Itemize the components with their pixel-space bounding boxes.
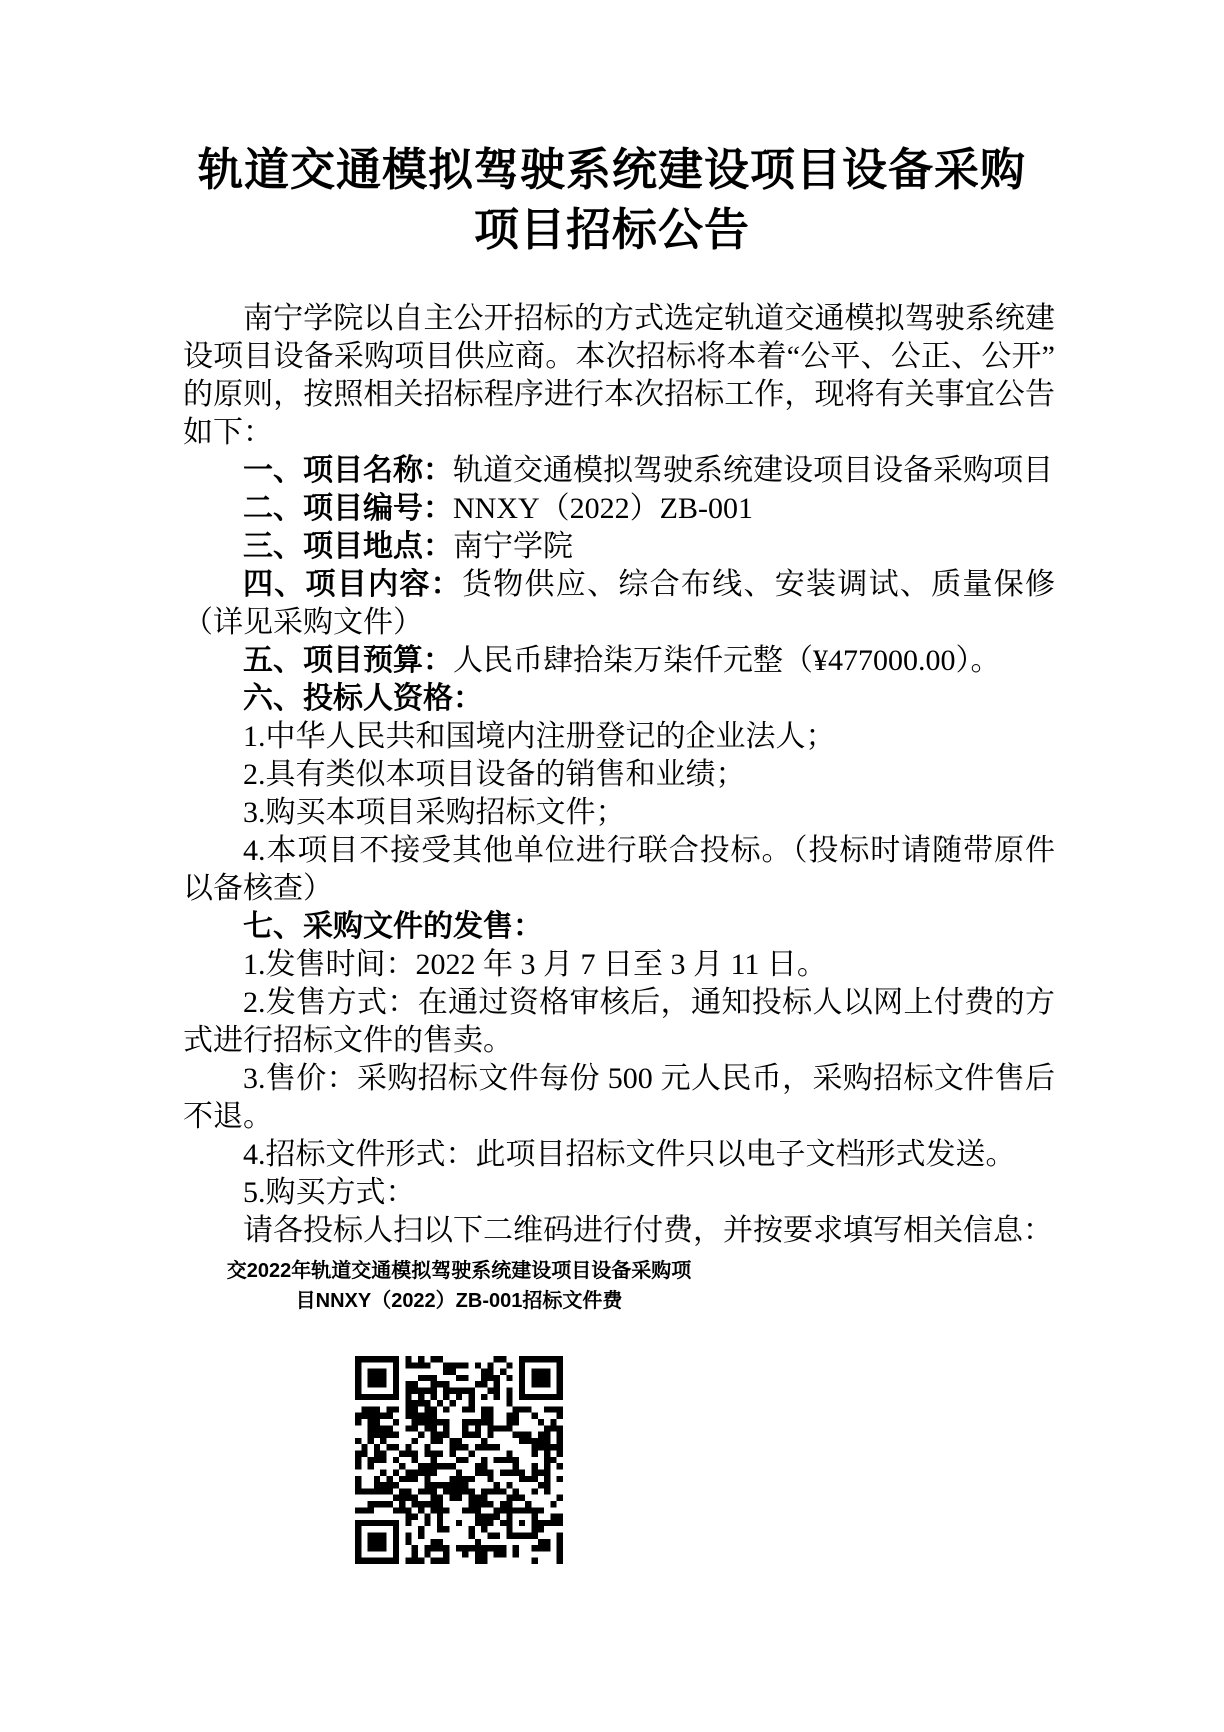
item-text: 1.发售时间：2022 年 3 月 7 日至 3 月 11 日。 bbox=[243, 948, 827, 981]
qr-caption: 交2022年轨道交通模拟驾驶系统建设项目设备采购项 目NNXY（2022）ZB-… bbox=[183, 1256, 735, 1316]
item-label: 五、项目预算： bbox=[243, 644, 453, 677]
document-body: 南宁学院以自主公开招标的方式选定轨道交通模拟驾驶系统建设项目设备采购项目供应商。… bbox=[183, 300, 1055, 1250]
title-line-1: 轨道交通模拟驾驶系统建设项目设备采购 bbox=[0, 140, 1224, 200]
qualification-item-4: 4.本项目不接受其他单位进行联合投标。（投标时请随带原件以备核查） bbox=[183, 832, 1055, 908]
item-label: 四、项目内容： bbox=[243, 568, 462, 601]
sale-item-price: 3.售价：采购招标文件每份 500 元人民币，采购招标文件售后不退。 bbox=[183, 1060, 1055, 1136]
sale-item-format: 4.招标文件形式：此项目招标文件只以电子文档形式发送。 bbox=[183, 1136, 1055, 1174]
item-text: 南宁学院 bbox=[453, 530, 573, 563]
item-text: 3.售价：采购招标文件每份 500 元人民币，采购招标文件售后不退。 bbox=[183, 1062, 1055, 1133]
item-text: 4.招标文件形式：此项目招标文件只以电子文档形式发送。 bbox=[243, 1138, 1016, 1171]
qualification-item-2: 2.具有类似本项目设备的销售和业绩； bbox=[183, 756, 1055, 794]
item-text: 轨道交通模拟驾驶系统建设项目设备采购项目 bbox=[453, 454, 1053, 487]
qualification-item-3: 3.购买本项目采购招标文件； bbox=[183, 794, 1055, 832]
item-bidder-qualification-heading: 六、投标人资格： bbox=[183, 680, 1055, 718]
item-text: 人民币肆拾柒万柒仟元整（¥477000.00）。 bbox=[453, 644, 1001, 677]
item-project-budget: 五、项目预算：人民币肆拾柒万柒仟元整（¥477000.00）。 bbox=[183, 642, 1055, 680]
paragraph-text: 南宁学院以自主公开招标的方式选定轨道交通模拟驾驶系统建设项目设备采购项目供应商。… bbox=[183, 302, 1055, 449]
item-text: 5.购买方式： bbox=[243, 1176, 416, 1209]
item-label: 六、投标人资格： bbox=[243, 682, 483, 715]
tender-announcement-page: 轨道交通模拟驾驶系统建设项目设备采购 项目招标公告 南宁学院以自主公开招标的方式… bbox=[0, 0, 1224, 1732]
item-text: 2.具有类似本项目设备的销售和业绩； bbox=[243, 758, 746, 791]
item-text: 3.购买本项目采购招标文件； bbox=[243, 796, 626, 829]
qr-caption-line-1: 交2022年轨道交通模拟驾驶系统建设项目设备采购项 bbox=[183, 1256, 735, 1286]
sale-item-method: 2.发售方式：在通过资格审核后，通知投标人以网上付费的方式进行招标文件的售卖。 bbox=[183, 984, 1055, 1060]
sale-item-purchase-method: 5.购买方式： bbox=[183, 1174, 1055, 1212]
document-title: 轨道交通模拟驾驶系统建设项目设备采购 项目招标公告 bbox=[0, 140, 1224, 260]
item-project-number: 二、项目编号：NNXY（2022）ZB-001 bbox=[183, 490, 1055, 528]
scan-qr-instruction: 请各投标人扫以下二维码进行付费，并按要求填写相关信息： bbox=[183, 1212, 1055, 1250]
item-text: 4.本项目不接受其他单位进行联合投标。（投标时请随带原件以备核查） bbox=[183, 834, 1055, 905]
item-label: 七、采购文件的发售： bbox=[243, 910, 543, 943]
item-text: NNXY（2022）ZB-001 bbox=[453, 492, 753, 525]
qualification-item-1: 1.中华人民共和国境内注册登记的企业法人； bbox=[183, 718, 1055, 756]
item-text: 1.中华人民共和国境内注册登记的企业法人； bbox=[243, 720, 836, 753]
item-project-content: 四、项目内容：货物供应、综合布线、安装调试、质量保修（详见采购文件） bbox=[183, 566, 1055, 642]
sale-item-time: 1.发售时间：2022 年 3 月 7 日至 3 月 11 日。 bbox=[183, 946, 1055, 984]
item-project-name: 一、项目名称：轨道交通模拟驾驶系统建设项目设备采购项目 bbox=[183, 452, 1055, 490]
item-label: 三、项目地点： bbox=[243, 530, 453, 563]
title-line-2: 项目招标公告 bbox=[0, 200, 1224, 260]
item-label: 一、项目名称： bbox=[243, 454, 453, 487]
item-text: 请各投标人扫以下二维码进行付费，并按要求填写相关信息： bbox=[243, 1214, 1053, 1247]
item-document-sale-heading: 七、采购文件的发售： bbox=[183, 908, 1055, 946]
payment-qr-section: 交2022年轨道交通模拟驾驶系统建设项目设备采购项 目NNXY（2022）ZB-… bbox=[183, 1256, 735, 1564]
item-text: 2.发售方式：在通过资格审核后，通知投标人以网上付费的方式进行招标文件的售卖。 bbox=[183, 986, 1055, 1057]
item-project-location: 三、项目地点：南宁学院 bbox=[183, 528, 1055, 566]
qr-caption-line-2: 目NNXY（2022）ZB-001招标文件费 bbox=[183, 1286, 735, 1316]
qr-code bbox=[355, 1356, 563, 1564]
intro-paragraph: 南宁学院以自主公开招标的方式选定轨道交通模拟驾驶系统建设项目设备采购项目供应商。… bbox=[183, 300, 1055, 452]
item-label: 二、项目编号： bbox=[243, 492, 453, 525]
